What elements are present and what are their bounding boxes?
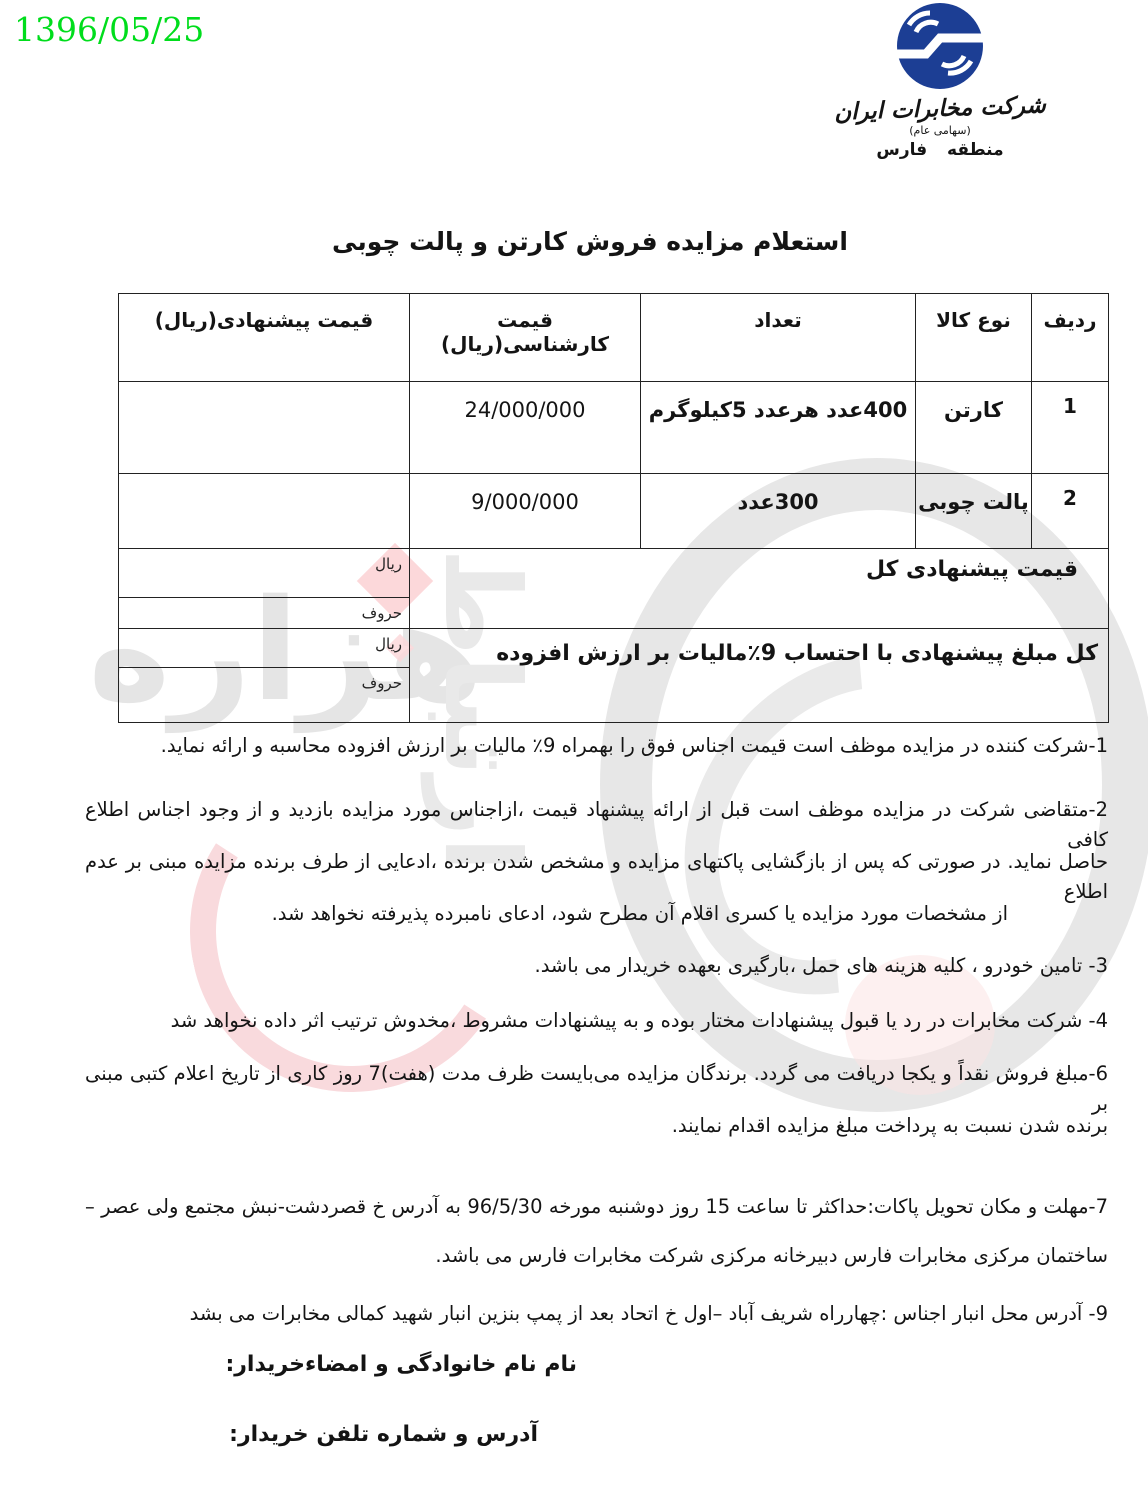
quantity-cell: 400عدد هرعدد 5کیلوگرم bbox=[641, 382, 916, 474]
expert-price-cell: 24/000/000 bbox=[410, 382, 641, 474]
col-header-row-no: ردیف bbox=[1032, 294, 1109, 382]
proposed-price-cell bbox=[119, 474, 410, 549]
rial-amount-cell: ریال bbox=[119, 629, 410, 668]
item-type-cell: کارتن bbox=[916, 382, 1032, 474]
document-date: 1396/05/25 bbox=[14, 10, 204, 49]
buyer-address-phone-label: آدرس و شماره تلفن خریدار: bbox=[229, 1422, 538, 1447]
proposed-price-cell bbox=[119, 382, 410, 474]
company-logo-block: شرکت مخابرات ایران (سهامی عام) منطقه فار… bbox=[828, 2, 1052, 160]
rial-amount-cell: ریال bbox=[119, 549, 410, 598]
table-row: 1 کارتن 400عدد هرعدد 5کیلوگرم 24/000/000 bbox=[119, 382, 1109, 474]
table-row: 2 پالت چوبی 300عدد 9/000/000 bbox=[119, 474, 1109, 549]
row-no-cell: 1 bbox=[1032, 382, 1109, 474]
col-header-expert-price: قیمت کارشناسی(ریال) bbox=[410, 294, 641, 382]
col-header-item-type: نوع کالا bbox=[916, 294, 1032, 382]
row-no-cell: 2 bbox=[1032, 474, 1109, 549]
term-1-line: 1-شرکت کننده در مزایده موظف است قیمت اجن… bbox=[85, 731, 1108, 761]
buyer-name-signature-label: نام نام خانوادگی و امضاءخریدار: bbox=[225, 1352, 577, 1377]
table-header-row: ردیف نوع کالا تعداد قیمت کارشناسی(ریال) … bbox=[119, 294, 1109, 382]
term-2-line: از مشخصات مورد مزایده یا کسری اقلام آن م… bbox=[85, 899, 1108, 929]
tci-logo-icon bbox=[896, 2, 984, 90]
term-6-line: برنده شدن نسبت به پرداخت مبلغ مزایده اقد… bbox=[85, 1111, 1108, 1141]
term-7-line: ساختمان مرکزی مخابرات فارس دبیرخانه مرکز… bbox=[85, 1241, 1108, 1271]
col-header-proposed-price: قیمت پیشنهادی(ریال) bbox=[119, 294, 410, 382]
term-2-line: 2-متقاضی شرکت در مزایده موظف است قبل از … bbox=[85, 795, 1108, 855]
company-subtitle: (سهامی عام) bbox=[828, 124, 1052, 137]
total-proposed-row: قیمت پیشنهادی کل ریال bbox=[119, 549, 1109, 598]
term-4-line: 4- شرکت مخابرات در رد یا قبول پیشنهادات … bbox=[85, 1006, 1108, 1036]
term-7-line: 7-مهلت و مکان تحویل پاکات:حداکثر تا ساعت… bbox=[85, 1192, 1108, 1222]
quantity-cell: 300عدد bbox=[641, 474, 916, 549]
term-3-line: 3- تامین خودرو ، کلیه هزینه های حمل ،بار… bbox=[85, 951, 1108, 981]
company-name: شرکت مخابرات ایران bbox=[828, 92, 1053, 126]
item-type-cell: پالت چوبی bbox=[916, 474, 1032, 549]
term-2-line: حاصل نماید. در صورتی که پس از بازگشایی پ… bbox=[85, 847, 1108, 907]
words-amount-cell: حروف bbox=[119, 598, 410, 629]
col-header-quantity: تعداد bbox=[641, 294, 916, 382]
term-6-line: 6-مبلغ فروش نقداً و یکجا دریافت می گردد.… bbox=[85, 1059, 1108, 1119]
page-title: استعلام مزایده فروش کارتن و پالت چوبی bbox=[0, 227, 1148, 256]
words-amount-cell: حروف bbox=[119, 668, 410, 723]
document-page: هزاره ارتباط 1396/05/25 شرکت مخابرات ایر… bbox=[0, 0, 1148, 1500]
expert-price-cell: 9/000/000 bbox=[410, 474, 641, 549]
term-9-line: 9- آدرس محل انبار اجناس :چهارراه شریف آب… bbox=[85, 1299, 1108, 1329]
company-region: منطقه فارس bbox=[828, 140, 1052, 160]
total-with-vat-row: کل مبلغ پیشنهادی با احتساب 9٪مالیات بر ا… bbox=[119, 629, 1109, 668]
total-proposed-label: قیمت پیشنهادی کل bbox=[410, 549, 1109, 629]
total-with-vat-label: کل مبلغ پیشنهادی با احتساب 9٪مالیات بر ا… bbox=[410, 629, 1109, 723]
auction-items-table: ردیف نوع کالا تعداد قیمت کارشناسی(ریال) … bbox=[118, 293, 1109, 723]
